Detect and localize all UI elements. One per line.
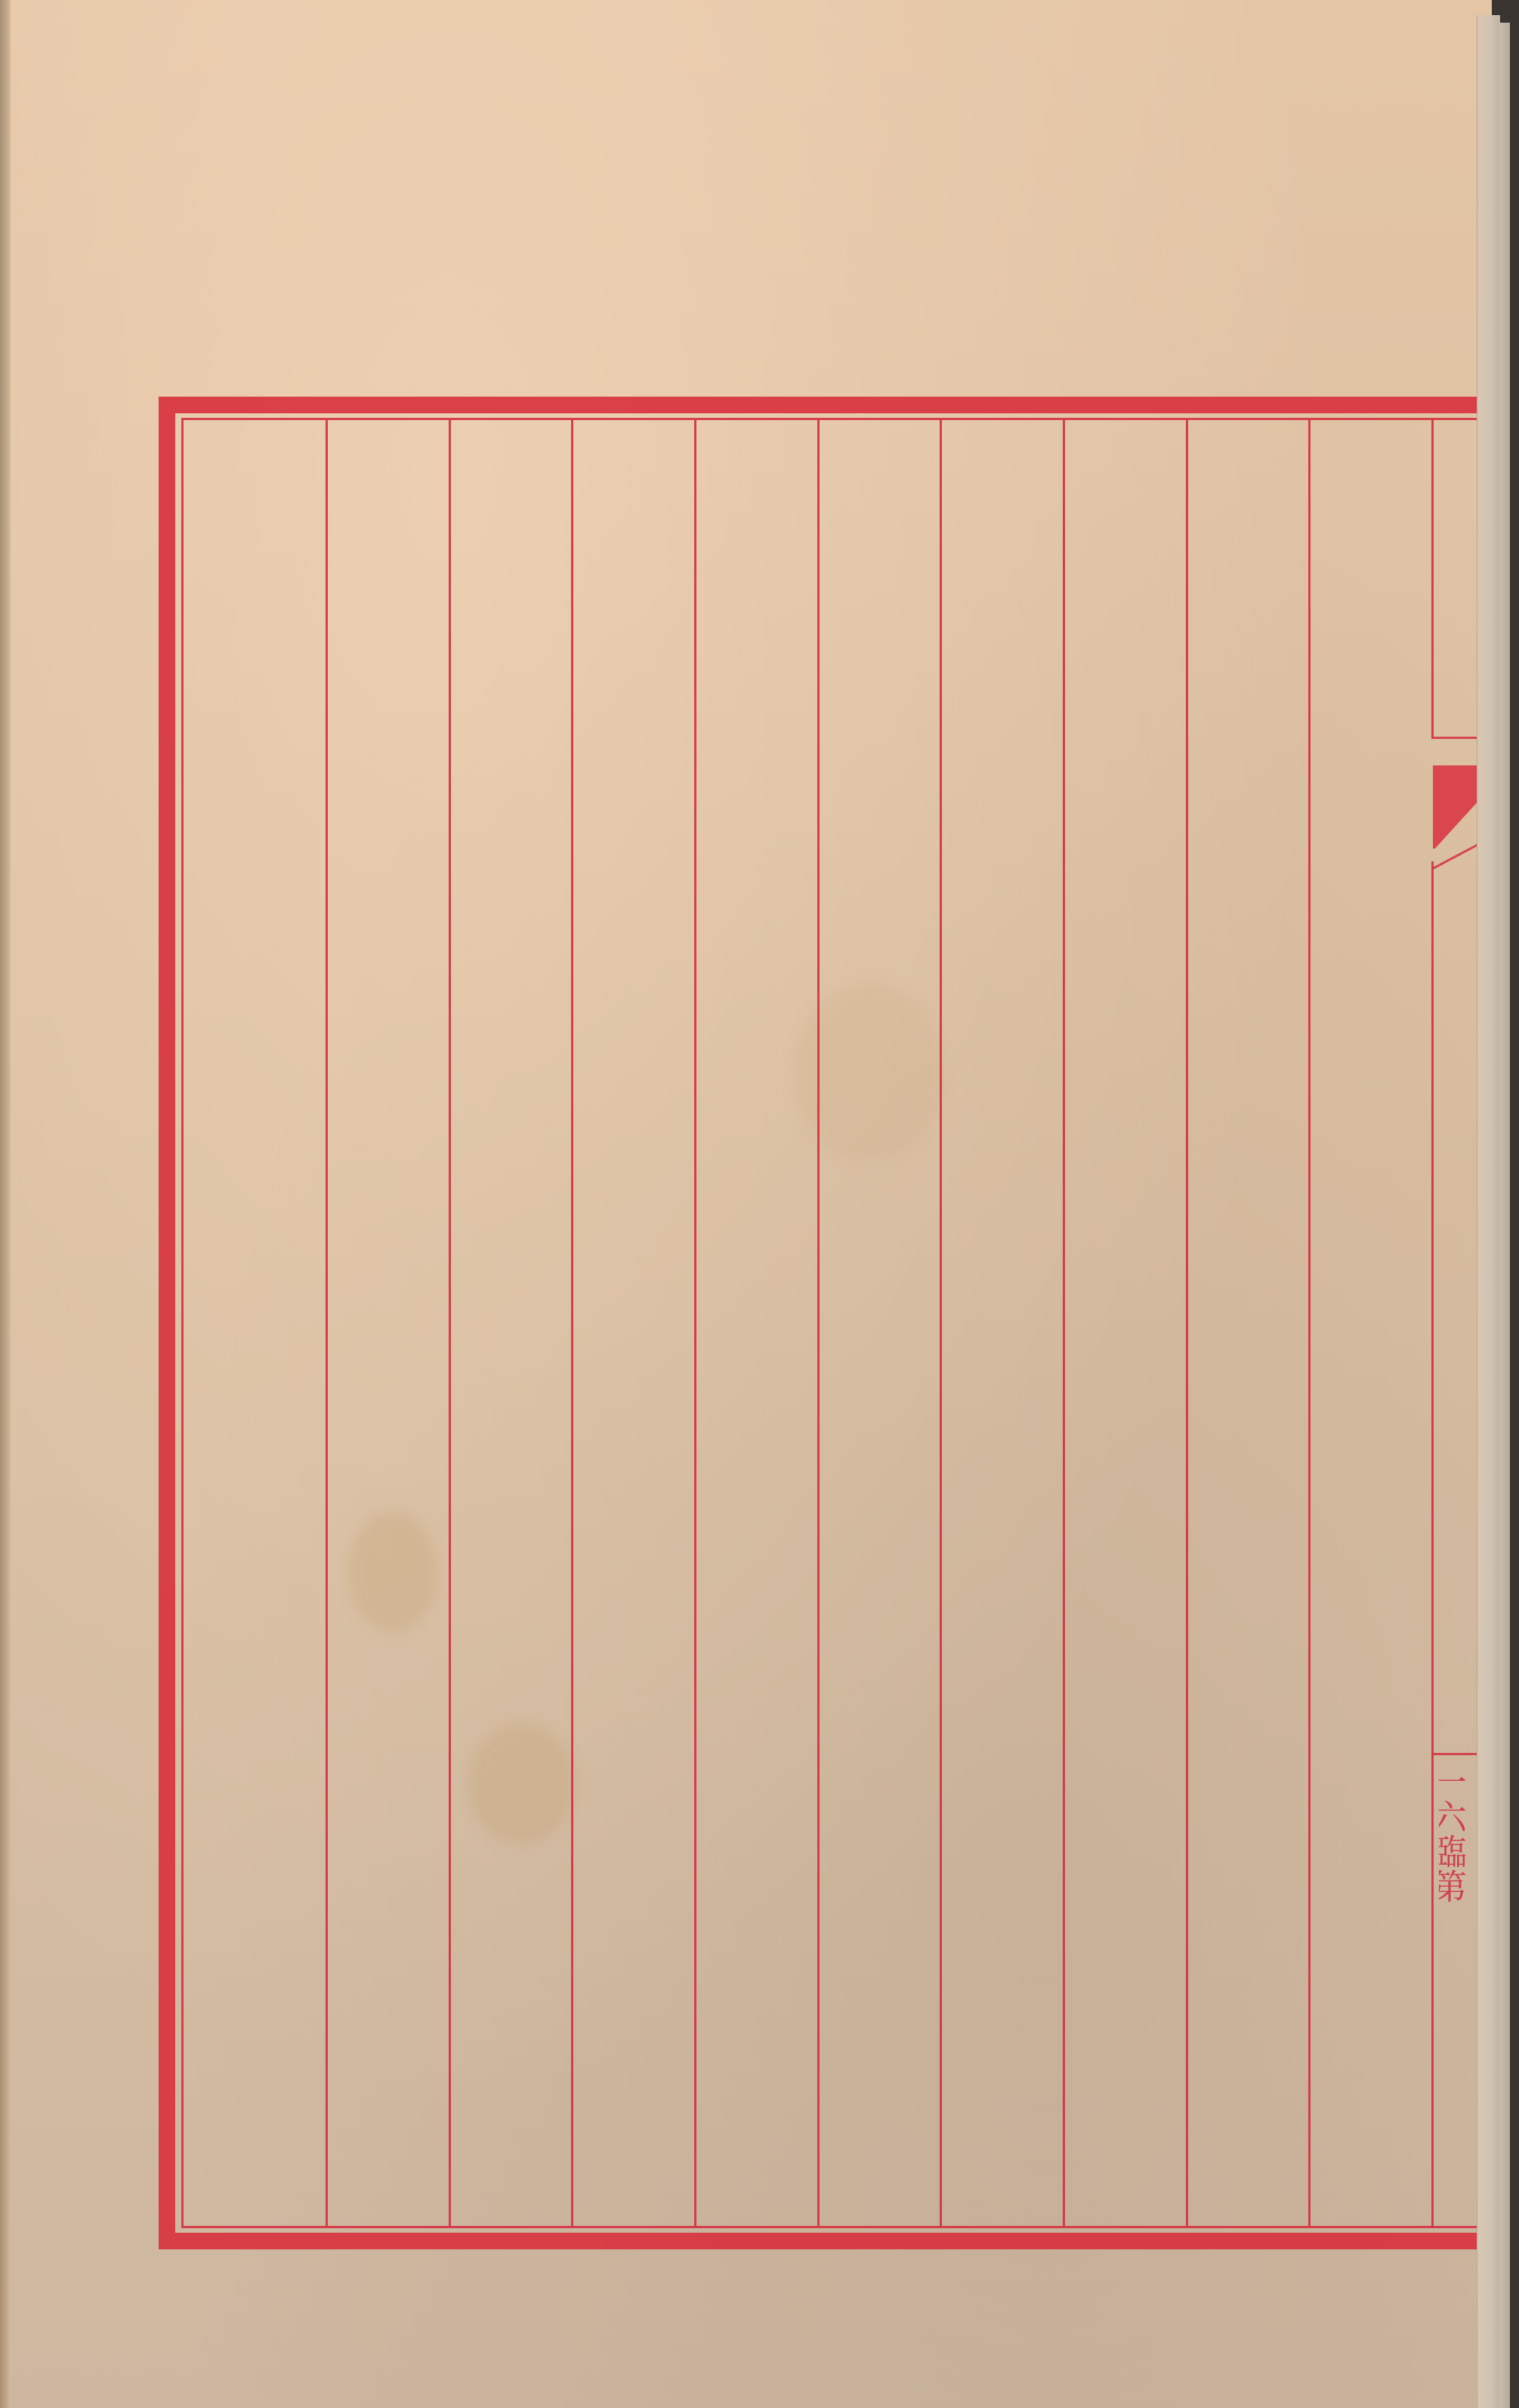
banxin-text: 一六臨第	[1439, 1764, 1477, 1903]
page-left-edge	[0, 0, 11, 2408]
banxin-rule-lower	[1431, 861, 1434, 2227]
column-rule	[1308, 420, 1311, 2226]
next-page-edge	[1499, 23, 1510, 2408]
column-rule	[694, 420, 696, 2226]
inner-border-frame	[181, 418, 1477, 2228]
banxin-rule-upper	[1431, 420, 1434, 737]
column-rule	[449, 420, 451, 2226]
column-rule	[326, 420, 328, 2226]
banxin-lower-crossbar	[1431, 1753, 1477, 1755]
page-fold-edge	[1477, 15, 1500, 2408]
column-rule	[817, 420, 820, 2226]
banxin-upper-crossbar	[1431, 737, 1477, 739]
column-rule	[571, 420, 573, 2226]
column-rule	[940, 420, 942, 2226]
column-rule	[1186, 420, 1188, 2226]
book-page: 一六臨第	[0, 0, 1492, 2408]
column-rule	[1063, 420, 1065, 2226]
